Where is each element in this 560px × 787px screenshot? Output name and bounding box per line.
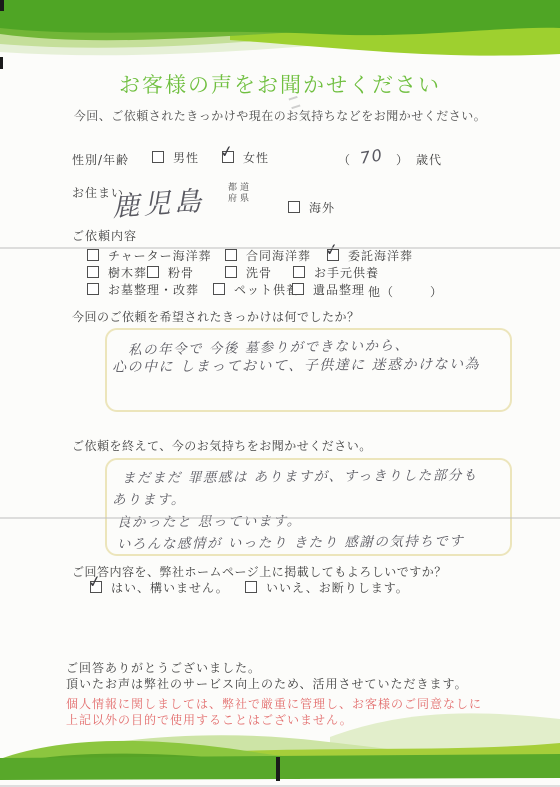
checkbox-ohaka-seiri: ✓ お墓整理・改葬 [87,282,199,296]
check-mark-icon: ✓ [323,239,340,260]
prefecture-suffix-bottom: 府県 [228,194,252,205]
checkbox-goudou-kaiyousou: ✓ 合同海洋葬 [225,248,311,262]
other-option-close: ） [430,283,443,300]
checkbox-male: ✓ 男性 [152,150,199,164]
handwritten-answer2-line4: いろんな感情が いったり きたり 感謝の気持ちです [117,529,464,552]
checkbox-female: ✓ 女性 [222,150,269,164]
thanks-line1: ご回答ありがとうございました。 [66,659,261,676]
checkbox-square [292,283,304,295]
checkbox-pet-kuyou: ✓ ペット供養 [213,282,299,296]
gender-age-label: 性別/年齢 [72,151,129,168]
checkbox-square [288,201,300,213]
checkbox-square [213,283,225,295]
age-suffix: 歳代 [416,151,442,168]
request-section-label: ご依頼内容 [72,227,137,244]
checkbox-square [152,151,164,163]
checkbox-otemoto-kuyou: ✓ お手元供養 [293,265,379,279]
checkbox-label: 女性 [243,149,269,166]
checkbox-label: お墓整理・改葬 [108,281,199,298]
handwritten-age: 70 [359,145,385,167]
privacy-notice-line2: 上記以外の目的で使用することはございません。 [66,711,353,728]
checkbox-charter-kaiyousou: ✓ チャーター海洋葬 [87,248,212,262]
privacy-notice-line1: 個人情報に関しましては、弊社で厳重に管理し、お客様のご同意なしに [66,695,482,712]
checkbox-square [245,581,257,593]
checkbox-ihin-seiri: ✓ 遺品整理 [292,282,365,296]
checkbox-itaku-kaiyousou: ✓ 委託海洋葬 [327,248,413,262]
checkbox-square [87,266,99,278]
handwritten-answer2-line2: あります。 [112,488,186,508]
checkbox-square [225,249,237,261]
thanks-line2: 頂いたお声は弊社のサービス向上のため、活用させていただきます。 [66,675,468,692]
checkbox-label: 男性 [173,149,199,166]
scanned-survey-page: お客様の声をお聞かせください 今回、ご依頼されたきっかけや現在のお気持ちなどをお… [0,0,560,787]
check-mark-icon: ✓ [218,141,235,162]
other-option-open: 他（ [368,283,394,300]
prefecture-suffix-top: 都道 [228,183,252,194]
question1-text: 今回のご依頼を希望されたきっかけは何でしたか？ [72,308,360,325]
handwritten-answer2-line3: 良かったと 思っています。 [117,509,302,531]
checkbox-funkotsu: ✓ 粉骨 [147,265,194,279]
handwritten-answer2-line1: まだまだ 罪悪感は ありますが、すっきりした部分も [122,463,478,486]
checkbox-label: 合同海洋葬 [246,247,311,264]
scan-edge-artifact [276,757,280,781]
page-subtitle: 今回、ご依頼されたきっかけや現在のお気持ちなどをお聞かせください。 [0,107,560,124]
checkbox-jumokusou: ✓ 樹木葬 [87,265,147,279]
checkbox-square [293,266,305,278]
scan-edge-artifact [0,57,3,69]
prefecture-suffix: 都道 府県 [228,183,252,205]
handwritten-answer1-line2: 心の中に しまっておいて、子供達に 迷惑かけない為 [112,353,480,376]
header-wave-decoration [0,0,560,62]
handwritten-residence: 鹿児島 [111,179,206,224]
checkbox-label: チャーター海洋葬 [108,247,212,264]
checkbox-label: 樹木葬 [108,264,147,281]
check-mark-icon: ✓ [86,571,103,592]
checkbox-label: 遺品整理 [313,281,365,298]
checkbox-label: 海外 [309,199,335,216]
checkbox-overseas: ✓ 海外 [288,200,335,214]
age-paren-open: （ [338,151,351,168]
checkbox-label: はい、構いません。 [111,579,229,596]
age-paren-close: ） [396,151,409,168]
checkbox-publish-yes: ✓ はい、構いません。 [90,580,229,594]
checkbox-square [147,266,159,278]
checkbox-label: いいえ、お断りします。 [266,579,409,596]
scan-edge-artifact [0,0,4,11]
checkbox-square [87,283,99,295]
page-title: お客様の声をお聞かせください [0,69,560,99]
checkbox-publish-no: ✓ いいえ、お断りします。 [245,580,409,594]
checkbox-square [87,249,99,261]
checkbox-square [225,266,237,278]
checkbox-label: 粉骨 [168,264,194,281]
checkbox-senkotsu: ✓ 洗骨 [225,265,272,279]
checkbox-label: ペット供養 [234,281,299,298]
checkbox-label: 洗骨 [246,264,272,281]
checkbox-label: 委託海洋葬 [348,247,413,264]
checkbox-label: お手元供養 [314,264,379,281]
publish-question-text: ご回答内容を、弊社ホームページ上に掲載してもよろしいですか？ [72,563,447,580]
question2-text: ご依頼を終えて、今のお気持ちをお聞かせください。 [72,437,372,454]
